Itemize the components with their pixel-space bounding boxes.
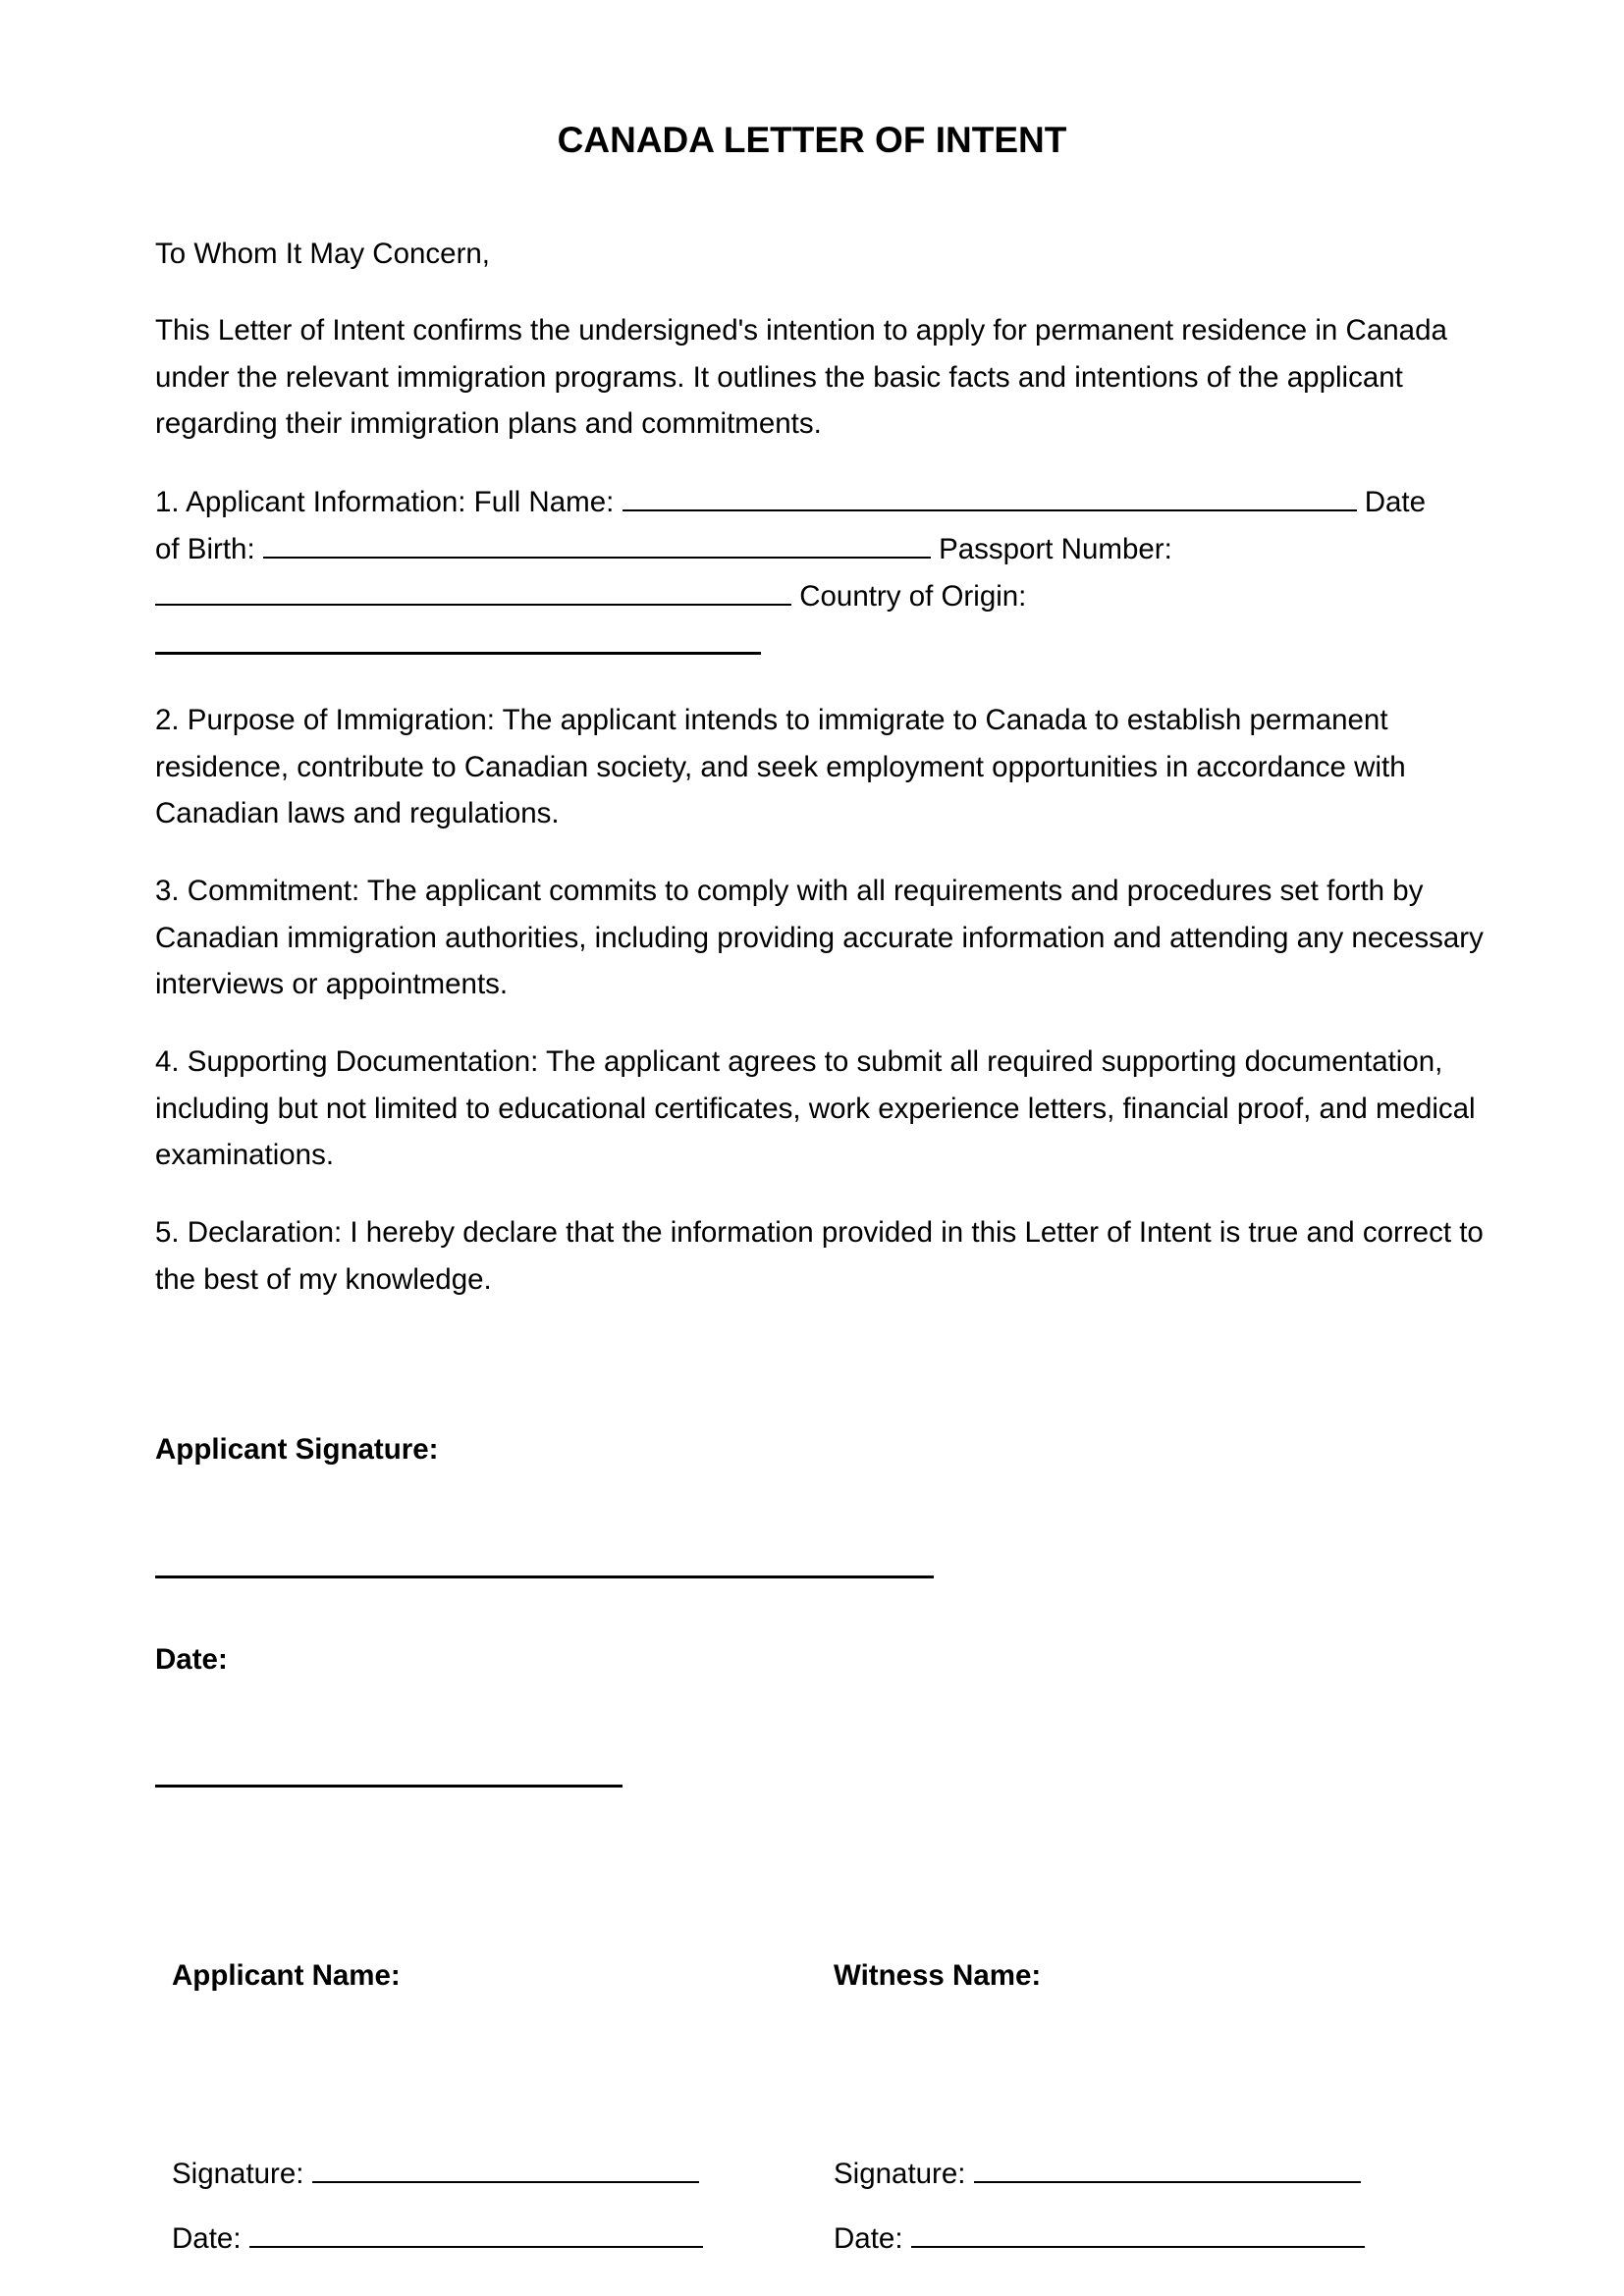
applicant-date-label: Date: [172, 2222, 242, 2255]
full-name-label: 1. Applicant Information: Full Name: [155, 486, 614, 518]
section-4-supporting-documentation: 4. Supporting Documentation: The applica… [155, 1039, 1490, 1179]
document-title: CANADA LETTER OF INTENT [0, 120, 1624, 161]
section-1-line-2: of Birth: Passport Number: [155, 526, 1490, 573]
section-2-purpose: 2. Purpose of Immigration: The applicant… [155, 697, 1490, 837]
section-1-line-1: 1. Applicant Information: Full Name: Dat… [155, 479, 1490, 526]
date-of-birth-field[interactable] [263, 533, 931, 559]
date-label: Date: [155, 1643, 228, 1677]
witness-signature-field[interactable] [974, 2158, 1361, 2183]
applicant-signature-row: Signature: [172, 2158, 699, 2191]
salutation: To Whom It May Concern, [155, 231, 1490, 278]
full-name-field[interactable] [623, 486, 1357, 511]
witness-date-label: Date: [834, 2222, 903, 2255]
applicant-date-row: Date: [172, 2222, 703, 2256]
witness-signature-label: Signature: [834, 2158, 965, 2190]
applicant-signature-label: Signature: [172, 2158, 303, 2190]
country-of-origin-label: Country of Origin: [799, 580, 1026, 613]
passport-number-label: Passport Number: [939, 533, 1172, 565]
date-line[interactable] [155, 1785, 623, 1788]
date-of-birth-label-part2: of Birth: [155, 533, 255, 565]
witness-signature-row: Signature: [834, 2158, 1361, 2191]
witness-name-heading: Witness Name: [834, 1959, 1041, 1993]
section-3-commitment: 3. Commitment: The applicant commits to … [155, 868, 1490, 1008]
country-of-origin-field[interactable] [155, 652, 761, 655]
applicant-signature-field[interactable] [312, 2158, 699, 2183]
section-1-line-3: Country of Origin: [155, 573, 1490, 620]
applicant-name-heading: Applicant Name: [172, 1959, 401, 1993]
applicant-date-field[interactable] [249, 2222, 703, 2248]
witness-date-row: Date: [834, 2222, 1365, 2256]
passport-number-field[interactable] [155, 580, 791, 606]
witness-date-field[interactable] [911, 2222, 1365, 2248]
applicant-signature-label: Applicant Signature: [155, 1433, 438, 1467]
date-of-birth-label-part1: Date [1365, 486, 1426, 518]
section-5-declaration: 5. Declaration: I hereby declare that th… [155, 1209, 1490, 1303]
intro-paragraph: This Letter of Intent confirms the under… [155, 307, 1490, 448]
applicant-signature-line[interactable] [155, 1575, 934, 1578]
